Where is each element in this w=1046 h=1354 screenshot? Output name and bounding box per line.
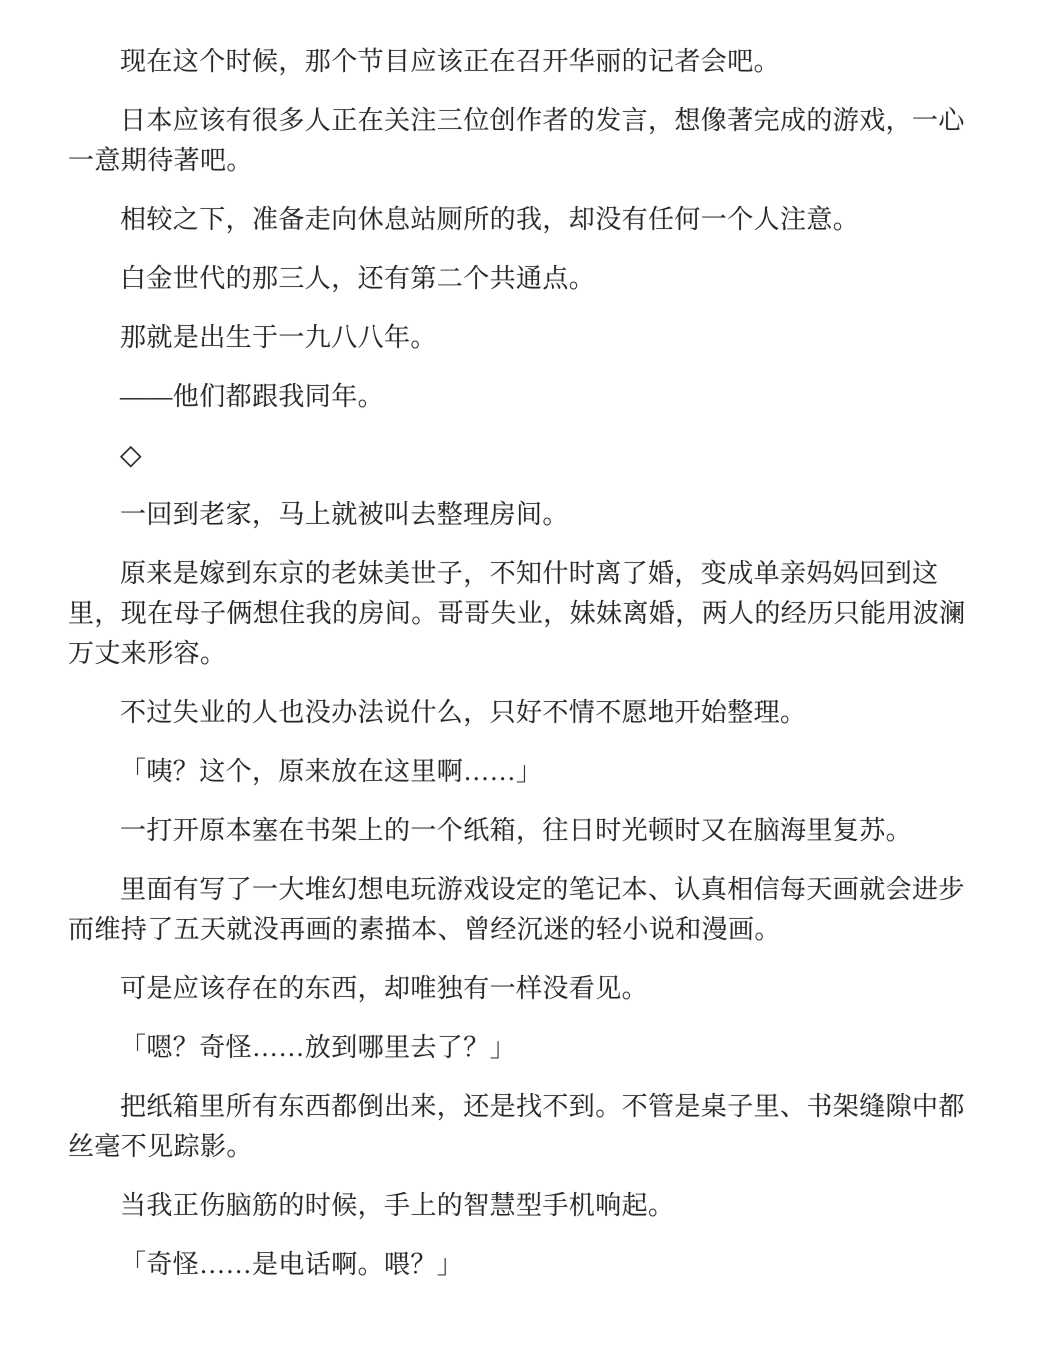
dialogue-paragraph: 「咦？这个，原来放在这里啊……」 (68, 752, 970, 792)
text-line: 当我正伤脑筋的时候，手上的智慧型手机响起。 (68, 1186, 970, 1226)
text-line: 可是应该存在的东西，却唯独有一样没看见。 (68, 969, 970, 1009)
text-line: 把纸箱里所有东西都倒出来，还是找不到。不管是桌子里、书架缝隙中都 (68, 1087, 970, 1127)
scene-break-symbol: ◇ (68, 436, 970, 476)
narrative-paragraph: 一打开原本塞在书架上的一个纸箱，往日时光顿时又在脑海里复苏。 (68, 811, 970, 851)
text-line: ——他们都跟我同年。 (68, 377, 970, 417)
text-line: 「咦？这个，原来放在这里啊……」 (68, 752, 970, 792)
text-line: 不过失业的人也没办法说什么，只好不情不愿地开始整理。 (68, 693, 970, 733)
scene-break-divider: ◇ (68, 436, 970, 476)
text-line: 一意期待著吧。 (68, 141, 970, 181)
text-line: 「嗯？奇怪……放到哪里去了？」 (68, 1028, 970, 1068)
text-line: 白金世代的那三人，还有第二个共通点。 (68, 259, 970, 299)
book-page: 现在这个时候，那个节目应该正在召开华丽的记者会吧。日本应该有很多人正在关注三位创… (0, 0, 1046, 1354)
text-line: 里，现在母子俩想住我的房间。哥哥失业，妹妹离婚，两人的经历只能用波澜 (68, 594, 970, 634)
narrative-paragraph: 不过失业的人也没办法说什么，只好不情不愿地开始整理。 (68, 693, 970, 733)
text-line: 「奇怪……是电话啊。喂？」 (68, 1245, 970, 1285)
dialogue-paragraph: 「嗯？奇怪……放到哪里去了？」 (68, 1028, 970, 1068)
text-line: 而维持了五天就没再画的素描本、曾经沉迷的轻小说和漫画。 (68, 910, 970, 950)
text-line: 丝毫不见踪影。 (68, 1127, 970, 1167)
narrative-paragraph: 现在这个时候，那个节目应该正在召开华丽的记者会吧。 (68, 42, 970, 82)
dialogue-paragraph: 「奇怪……是电话啊。喂？」 (68, 1245, 970, 1285)
text-line: 万丈来形容。 (68, 634, 970, 674)
text-line: 一回到老家，马上就被叫去整理房间。 (68, 495, 970, 535)
narrative-paragraph: 原来是嫁到东京的老妹美世子，不知什时离了婚，变成单亲妈妈回到这里，现在母子俩想住… (68, 554, 970, 674)
text-line: 原来是嫁到东京的老妹美世子，不知什时离了婚，变成单亲妈妈回到这 (68, 554, 970, 594)
narrative-paragraph: 那就是出生于一九八八年。 (68, 318, 970, 358)
text-line: 里面有写了一大堆幻想电玩游戏设定的笔记本、认真相信每天画就会进步 (68, 870, 970, 910)
narrative-paragraph: 白金世代的那三人，还有第二个共通点。 (68, 259, 970, 299)
text-line: 相较之下，准备走向休息站厕所的我，却没有任何一个人注意。 (68, 200, 970, 240)
text-line: 那就是出生于一九八八年。 (68, 318, 970, 358)
narrative-paragraph: 把纸箱里所有东西都倒出来，还是找不到。不管是桌子里、书架缝隙中都丝毫不见踪影。 (68, 1087, 970, 1167)
text-line: 日本应该有很多人正在关注三位创作者的发言，想像著完成的游戏，一心 (68, 101, 970, 141)
narrative-paragraph: 当我正伤脑筋的时候，手上的智慧型手机响起。 (68, 1186, 970, 1226)
text-line: 一打开原本塞在书架上的一个纸箱，往日时光顿时又在脑海里复苏。 (68, 811, 970, 851)
narrative-paragraph: 里面有写了一大堆幻想电玩游戏设定的笔记本、认真相信每天画就会进步而维持了五天就没… (68, 870, 970, 950)
narrative-paragraph: 一回到老家，马上就被叫去整理房间。 (68, 495, 970, 535)
text-column: 现在这个时候，那个节目应该正在召开华丽的记者会吧。日本应该有很多人正在关注三位创… (68, 42, 970, 1285)
text-line: 现在这个时候，那个节目应该正在召开华丽的记者会吧。 (68, 42, 970, 82)
narrative-paragraph: 可是应该存在的东西，却唯独有一样没看见。 (68, 969, 970, 1009)
narrative-paragraph: ——他们都跟我同年。 (68, 377, 970, 417)
narrative-paragraph: 日本应该有很多人正在关注三位创作者的发言，想像著完成的游戏，一心一意期待著吧。 (68, 101, 970, 181)
narrative-paragraph: 相较之下，准备走向休息站厕所的我，却没有任何一个人注意。 (68, 200, 970, 240)
